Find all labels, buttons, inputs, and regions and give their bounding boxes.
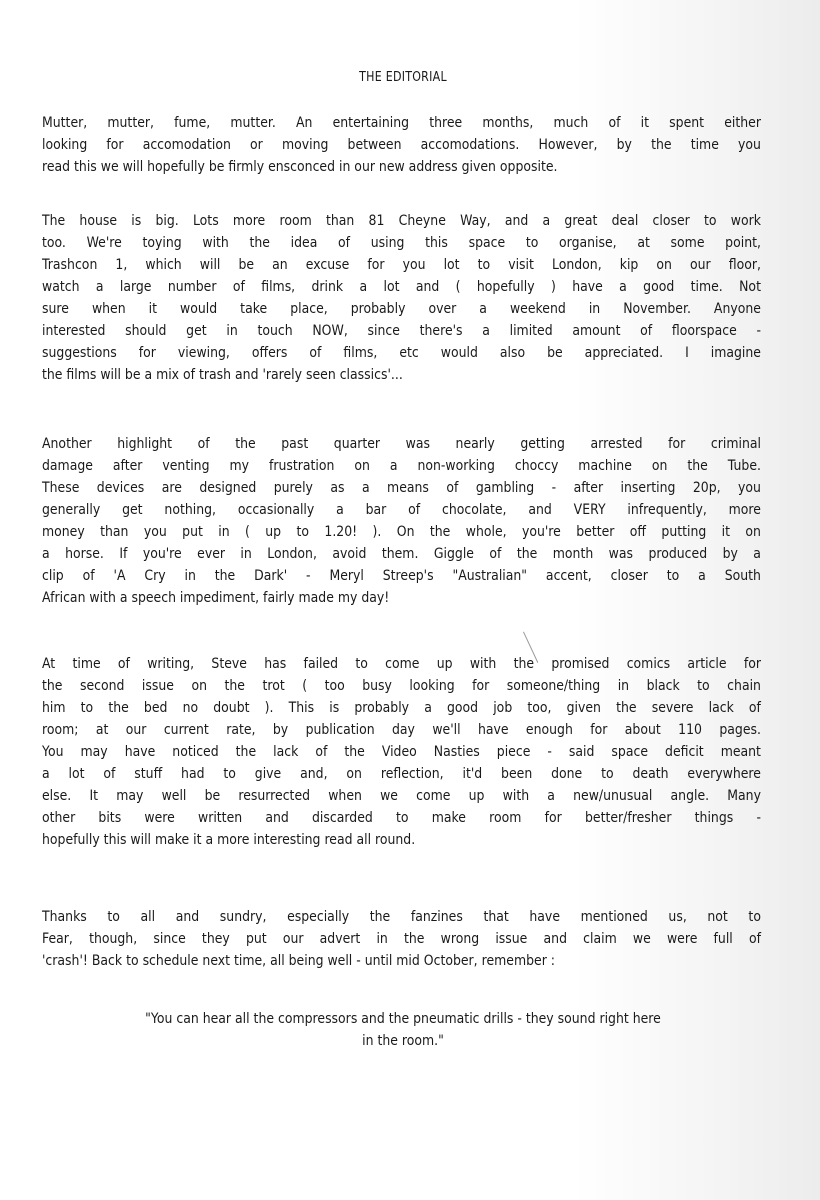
paragraph-house: The house is big. Lots more room than 81…	[42, 210, 762, 386]
text-line: Trashcon 1, which will be an excuse for …	[42, 254, 761, 276]
text-line: African with a speech impediment, fairly…	[42, 587, 761, 609]
text-line: suggestions for viewing, offers of films…	[42, 342, 761, 364]
text-line: money than you put in ( up to 1.20! ). O…	[42, 521, 761, 543]
text-line: Mutter, mutter, fume, mutter. An enterta…	[42, 112, 761, 134]
paragraph-highlight: Another highlight of the past quarter wa…	[42, 433, 762, 609]
paragraph-thanks: Thanks to all and sundry, especially the…	[42, 906, 762, 972]
text-line: him to the bed no doubt ). This is proba…	[42, 697, 761, 719]
paragraph-steve: At time of writing, Steve has failed to …	[42, 653, 762, 851]
editorial-title: THE EDITORIAL	[60, 70, 745, 85]
closing-quote: "You can hear all the compressors and th…	[0, 1008, 806, 1052]
text-line: interested should get in touch NOW, sinc…	[42, 320, 761, 342]
text-line: generally get nothing, occasionally a ba…	[42, 499, 761, 521]
text-line: sure when it would take place, probably …	[42, 298, 761, 320]
text-line: other bits were written and discarded to…	[42, 807, 761, 829]
quote-line: in the room."	[56, 1030, 749, 1052]
text-line: 'crash'! Back to schedule next time, all…	[42, 950, 761, 972]
text-line: too. We're toying with the idea of using…	[42, 232, 761, 254]
text-line: looking for accomodation or moving betwe…	[42, 134, 761, 156]
text-line: watch a large number of films, drink a l…	[42, 276, 761, 298]
text-line: Another highlight of the past quarter wa…	[42, 433, 761, 455]
text-line: the films will be a mix of trash and 'ra…	[42, 364, 761, 386]
text-line: At time of writing, Steve has failed to …	[42, 653, 761, 675]
text-line: a lot of stuff had to give and, on refle…	[42, 763, 761, 785]
text-line: a horse. If you're ever in London, avoid…	[42, 543, 761, 565]
text-line: Thanks to all and sundry, especially the…	[42, 906, 761, 928]
text-line: You may have noticed the lack of the Vid…	[42, 741, 761, 763]
text-line: Fear, though, since they put our advert …	[42, 928, 761, 950]
text-line: the second issue on the trot ( too busy …	[42, 675, 761, 697]
text-line: else. It may well be resurrected when we…	[42, 785, 761, 807]
text-line: damage after venting my frustration on a…	[42, 455, 761, 477]
text-line: These devices are designed purely as a m…	[42, 477, 761, 499]
text-line: clip of 'A Cry in the Dark' - Meryl Stre…	[42, 565, 761, 587]
text-line: hopefully this will make it a more inter…	[42, 829, 761, 851]
text-line: The house is big. Lots more room than 81…	[42, 210, 761, 232]
quote-line: "You can hear all the compressors and th…	[56, 1008, 749, 1030]
scanned-page: THE EDITORIAL Mutter, mutter, fume, mutt…	[0, 0, 820, 1200]
text-line: room; at our current rate, by publicatio…	[42, 719, 761, 741]
text-line: read this we will hopefully be firmly en…	[42, 156, 761, 178]
paragraph-intro: Mutter, mutter, fume, mutter. An enterta…	[42, 112, 762, 178]
